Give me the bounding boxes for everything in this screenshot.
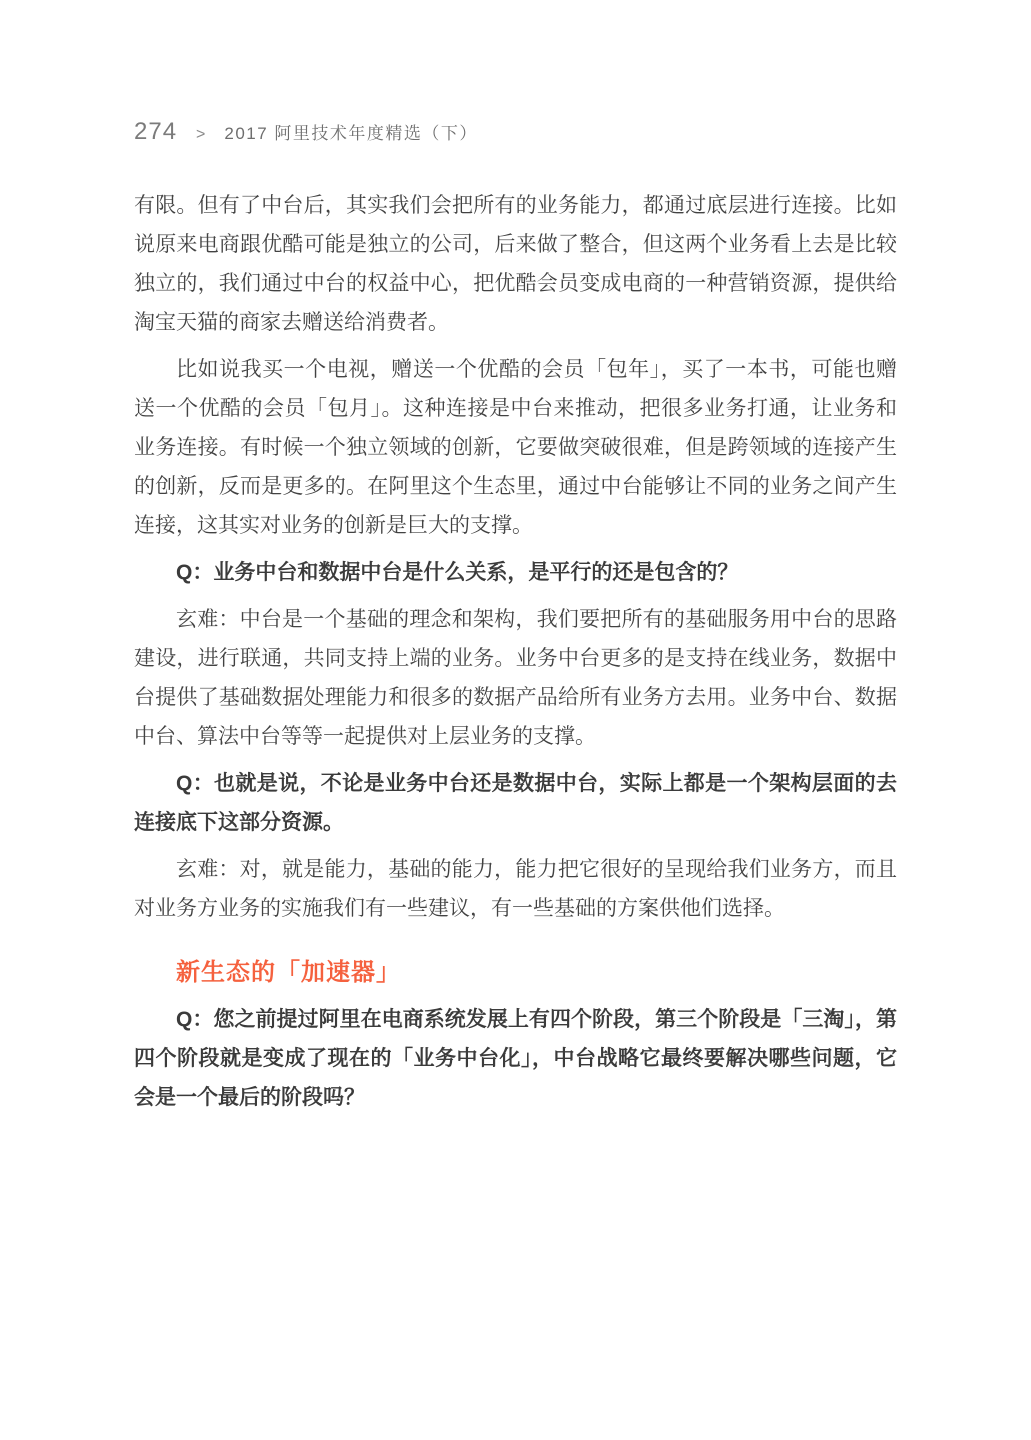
book-page: 274 > 2017 阿里技术年度精选（下） 有限。但有了中台后，其实我们会把所…: [0, 0, 1031, 1440]
body-paragraph: 有限。但有了中台后，其实我们会把所有的业务能力，都通过底层进行连接。比如说原来电…: [134, 186, 897, 342]
body-paragraph: 玄难：中台是一个基础的理念和架构，我们要把所有的基础服务用中台的思路建设，进行联…: [134, 600, 897, 756]
question-paragraph: Q：业务中台和数据中台是什么关系，是平行的还是包含的？: [134, 553, 897, 592]
header-separator: >: [196, 126, 205, 144]
body-paragraph: 玄难：对，就是能力，基础的能力，能力把它很好的呈现给我们业务方，而且对业务方业务…: [134, 850, 897, 928]
page-number: 274: [134, 118, 177, 146]
section-heading: 新生态的「加速器」: [134, 958, 897, 988]
question-paragraph: Q：也就是说，不论是业务中台还是数据中台，实际上都是一个架构层面的去连接底下这部…: [134, 764, 897, 842]
page-content: 有限。但有了中台后，其实我们会把所有的业务能力，都通过底层进行连接。比如说原来电…: [134, 186, 897, 1125]
body-paragraph: 比如说我买一个电视，赠送一个优酷的会员「包年」，买了一本书，可能也赠送一个优酷的…: [134, 350, 897, 545]
book-title: 2017 阿里技术年度精选（下）: [224, 119, 478, 144]
question-paragraph: Q：您之前提过阿里在电商系统发展上有四个阶段，第三个阶段是「三淘」，第四个阶段就…: [134, 1000, 897, 1117]
page-header: 274 > 2017 阿里技术年度精选（下）: [134, 118, 478, 146]
